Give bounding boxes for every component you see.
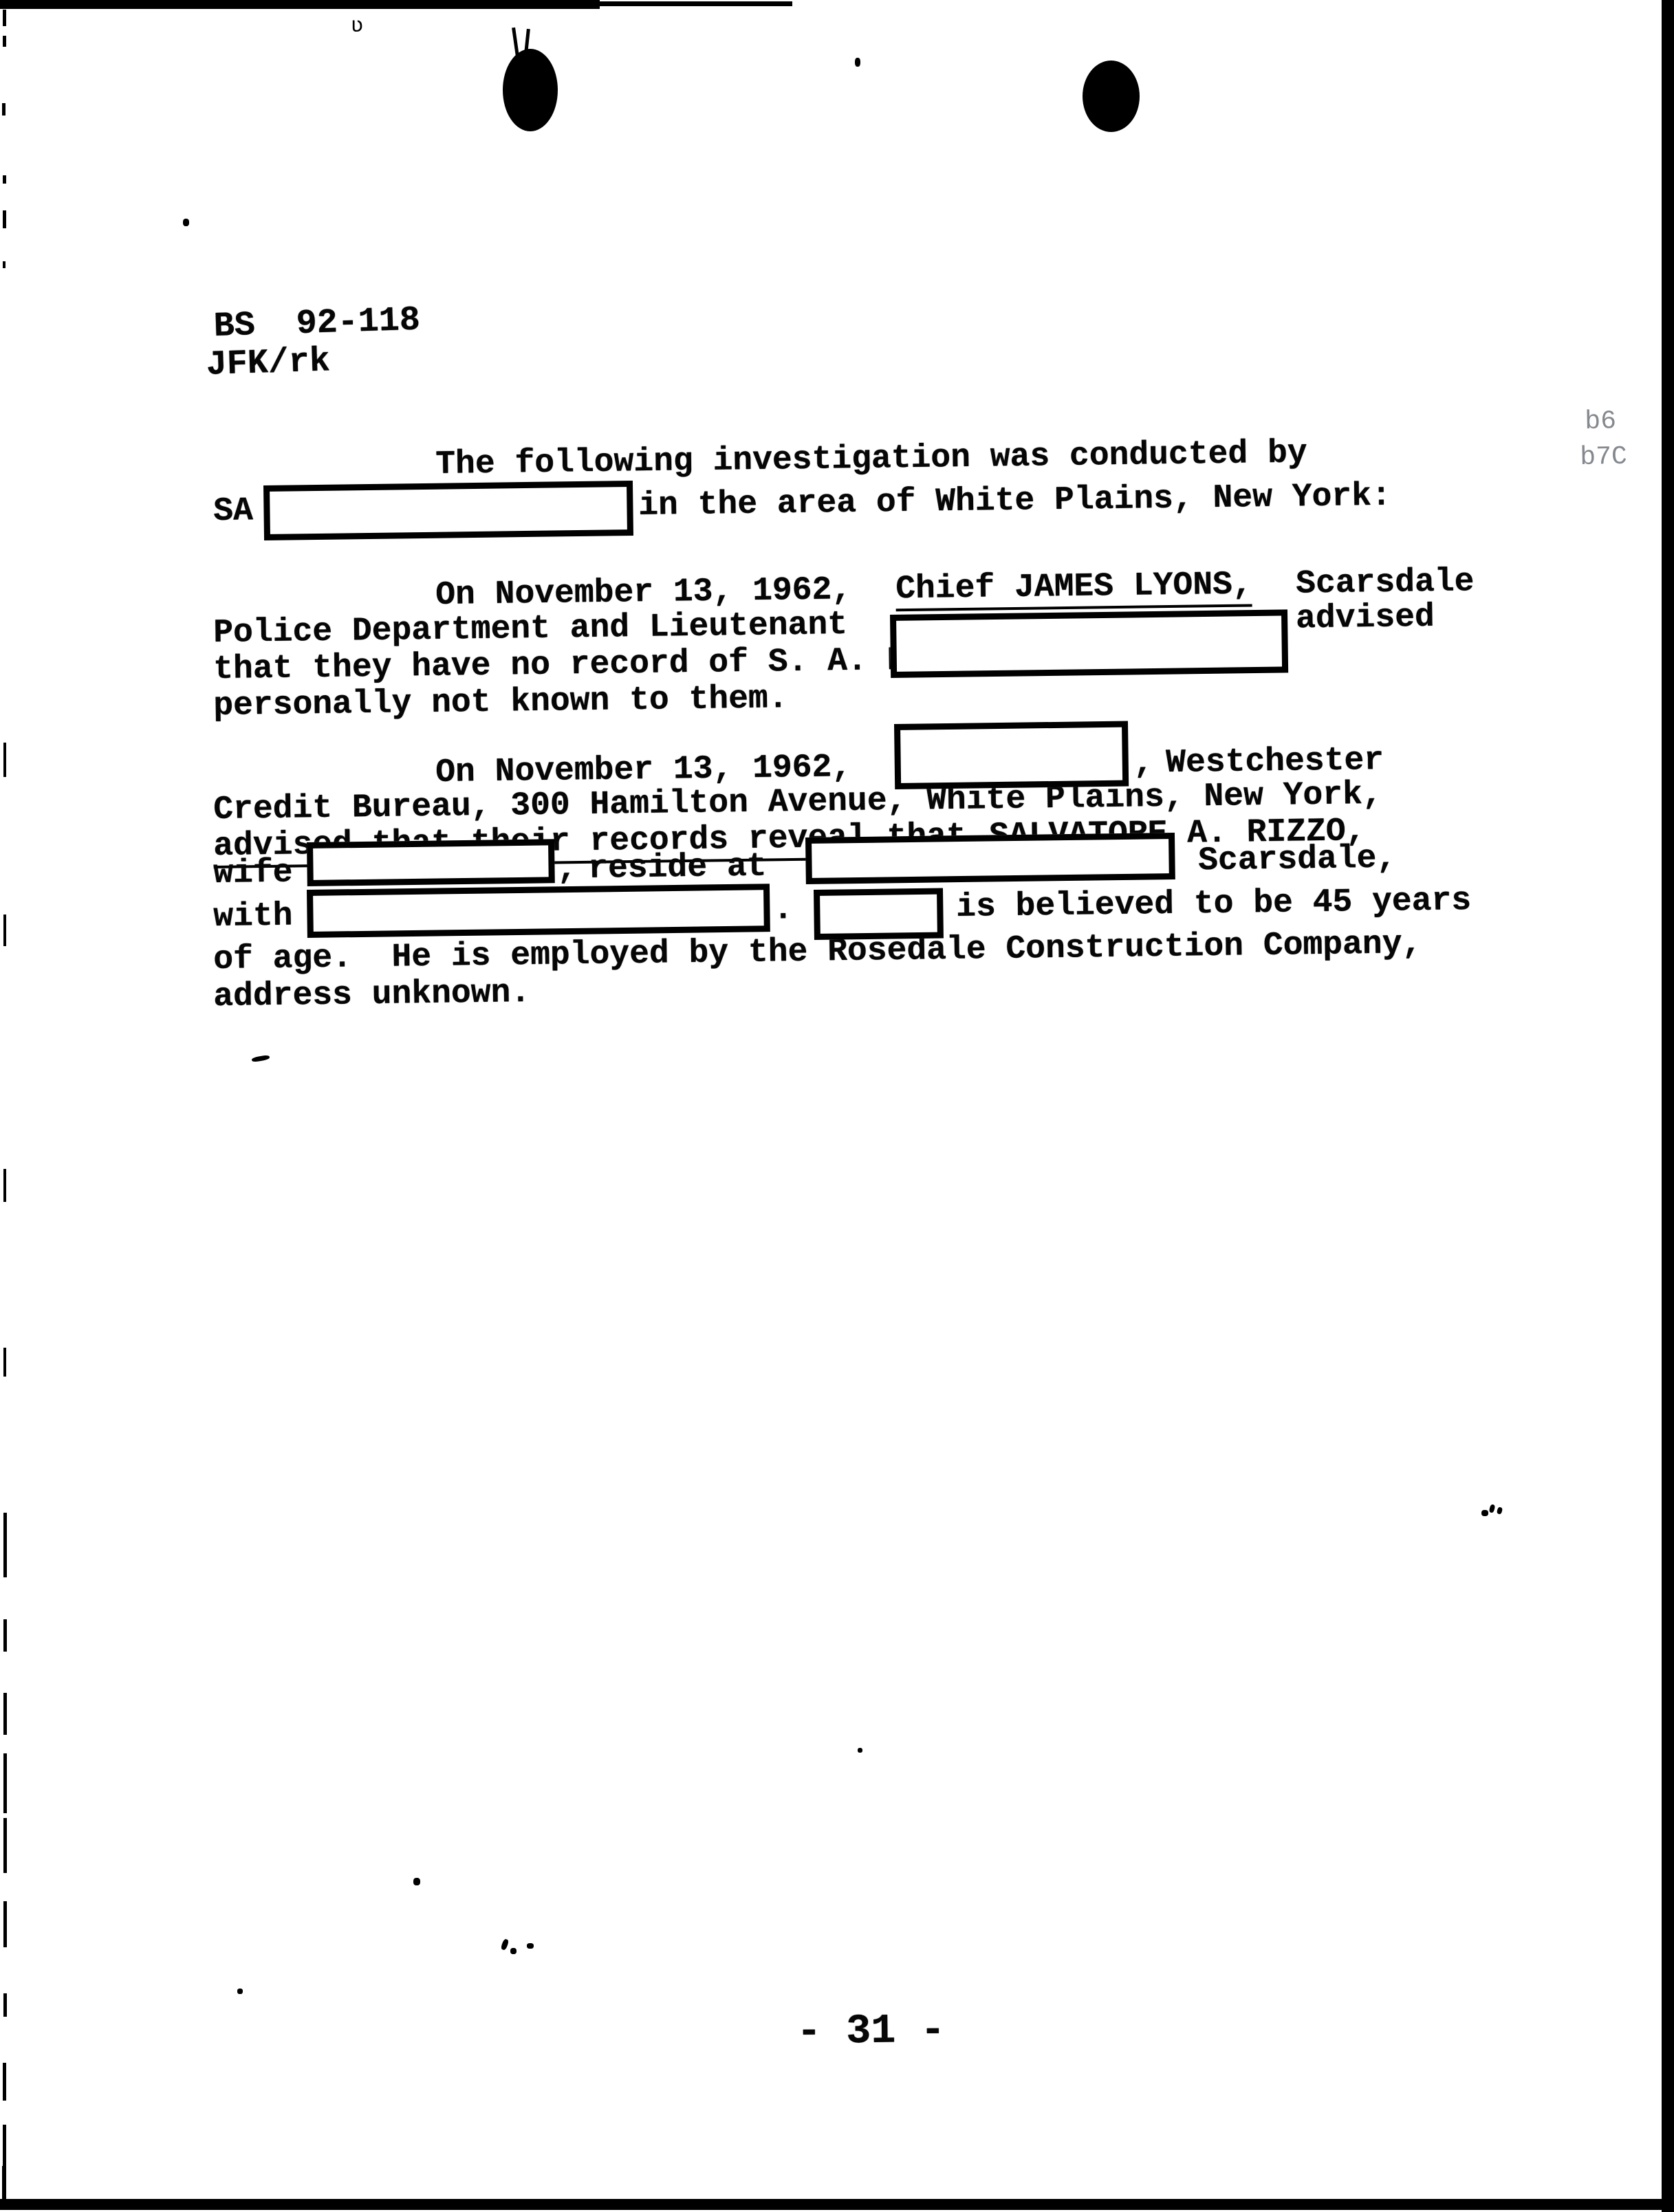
redaction-box (307, 884, 770, 938)
page-number: - 31 - (796, 2008, 946, 2056)
redaction-box (805, 833, 1175, 884)
text-segment: , (557, 851, 577, 887)
redaction-box (890, 609, 1288, 678)
text-segment: The following investigation was conducte… (435, 435, 1307, 483)
scan-edge-tick (3, 1169, 6, 1202)
scan-edge-bar (0, 2199, 1674, 2210)
text-segment: wife (213, 855, 293, 892)
scan-edge-tick (3, 210, 6, 228)
scan-edge-bar (1662, 0, 1674, 2212)
text-segment: reside at (588, 848, 767, 886)
scan-speck (510, 1948, 517, 1954)
text-segment: . (773, 892, 793, 928)
scan-edge-bar (591, 1, 792, 6)
scan-edge-tick (3, 2063, 6, 2101)
scan-edge-tick (3, 1348, 6, 1377)
scan-edge-tick (3, 1619, 7, 1652)
text-segment: address unknown. (213, 975, 531, 1015)
text-segment: is believed to be 45 years (956, 883, 1472, 926)
scan-speck (501, 1938, 510, 1951)
scan-speck (413, 1878, 420, 1885)
scan-edge-bar (0, 0, 600, 9)
document-page: ʋ BS 92-118 JFK/rk b6 b7C The following … (0, 0, 1674, 2212)
scan-edge-tick (3, 915, 6, 946)
scan-edge-tick (3, 1513, 7, 1577)
scan-speck (855, 58, 860, 67)
text-segment: SA (213, 493, 253, 529)
text-line: The following investigation was conducte… (435, 428, 1674, 484)
scan-edge-tick (3, 1818, 7, 1873)
scan-speck (858, 1748, 862, 1753)
scan-edge-tick (2, 2166, 6, 2204)
scan-speck (1481, 1510, 1488, 1516)
scan-speck (237, 1989, 243, 1994)
hole-punch-mark (503, 49, 558, 131)
text-segment: advised (1296, 600, 1435, 637)
scan-speck (527, 1943, 534, 1949)
scan-edge-tick (3, 743, 6, 777)
redaction-box (263, 481, 633, 540)
case-number: BS 92-118 (213, 301, 421, 347)
scan-edge-tick (3, 2125, 6, 2166)
scan-edge-tick (2, 103, 6, 116)
text-segment: personally not known to them. (213, 681, 788, 724)
text-segment: Scarsdale (1296, 564, 1475, 602)
scan-edge-tick (3, 1693, 7, 1735)
redaction-box (814, 888, 944, 940)
punch-hair-mark (512, 28, 519, 56)
scan-speck (1489, 1504, 1496, 1513)
text-segment: with (213, 898, 293, 935)
redaction-box (894, 721, 1129, 789)
scan-speck (252, 1055, 270, 1062)
scan-edge-tick (3, 1993, 7, 2017)
hole-punch-mark (1083, 61, 1140, 132)
text-segment: Westchester (1166, 743, 1384, 781)
text-segment: in the area of White Plains, New York: (638, 479, 1391, 524)
scan-edge-tick (3, 1753, 7, 1813)
text-segment: Scarsdale, (1198, 840, 1397, 879)
scan-edge-tick (3, 10, 6, 26)
redaction-box (307, 839, 555, 886)
scan-edge-tick (3, 261, 6, 268)
scan-speck (183, 219, 189, 226)
scan-speck (1497, 1507, 1503, 1514)
scan-edge-tick (3, 1901, 7, 1947)
typist-initials: JFK/rk (206, 342, 331, 385)
scan-speck: ʋ (351, 15, 363, 36)
text-segment: , (1133, 745, 1153, 781)
scan-edge-tick (3, 175, 6, 184)
scan-edge-tick (3, 36, 6, 47)
